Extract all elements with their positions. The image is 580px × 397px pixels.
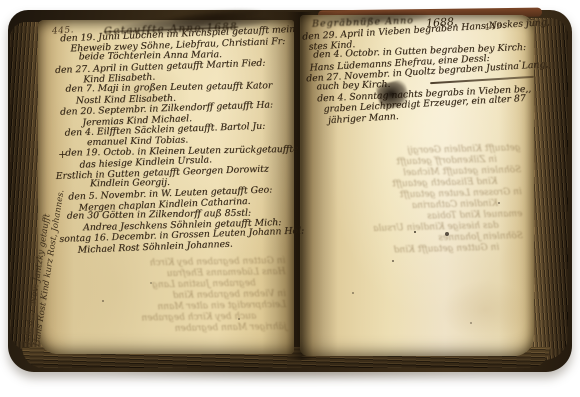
left-page-entries: den 19. Junii Lübchen im Kirchspiel geta… — [52, 27, 294, 256]
right-page-bleedthrough: getaufft Kindlein Georgijin Zilkendorff … — [303, 143, 524, 259]
right-page-entries: den 29. April in Vieben begraben Hans No… — [302, 21, 534, 127]
paper-stain — [440, 280, 530, 340]
ink-specks — [0, 0, 2, 2]
left-page-bleedthrough: in Gutten begraben bey KirchHans Lüdeman… — [57, 256, 286, 337]
photo-open-register-book: in Gutten begraben bey KirchHans Lüdeman… — [0, 0, 580, 397]
